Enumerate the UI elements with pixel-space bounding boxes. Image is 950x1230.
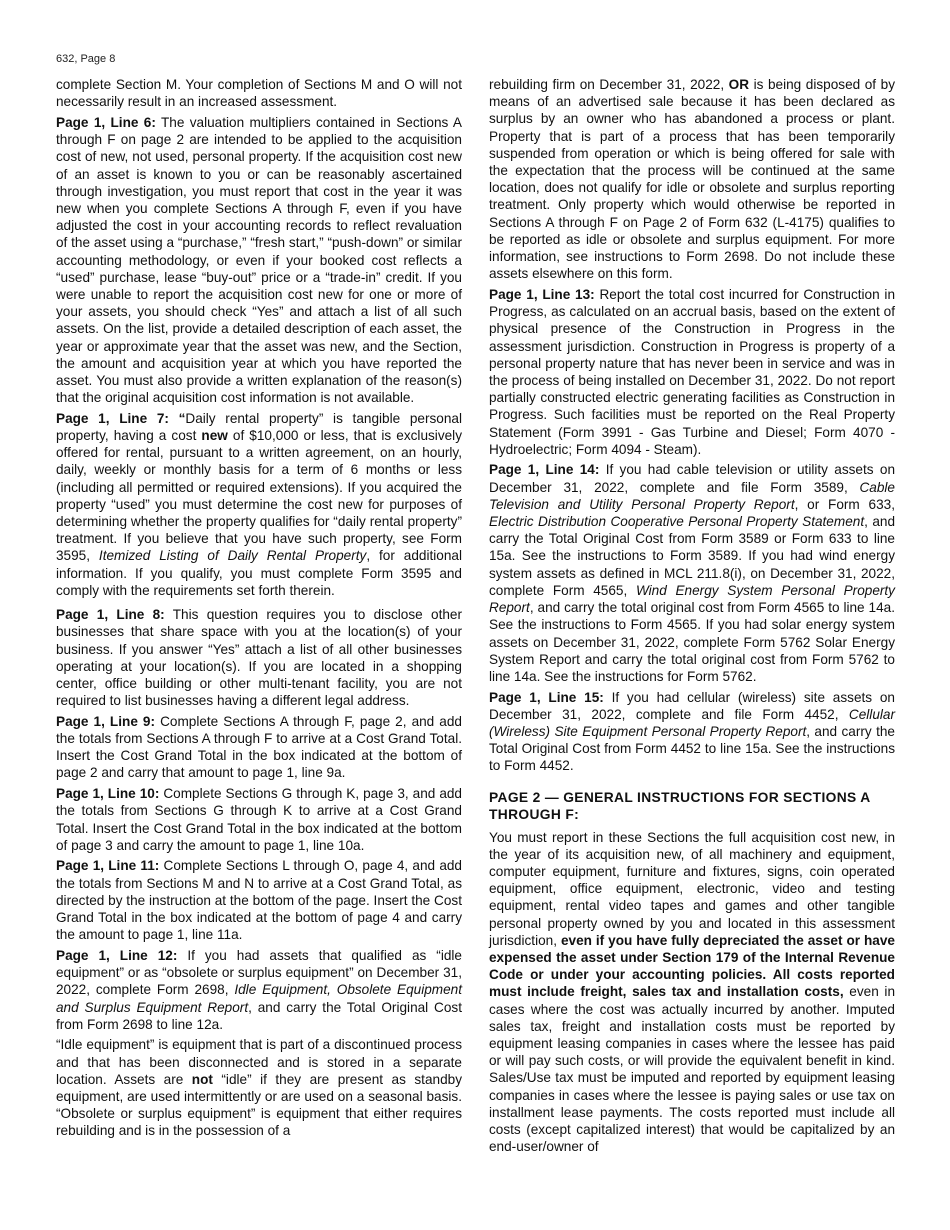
- left-column: complete Section M. Your completion of S…: [56, 76, 462, 1143]
- line-8-paragraph: Page 1, Line 8: This question requires y…: [56, 606, 462, 709]
- line-6-paragraph: Page 1, Line 6: The valuation multiplier…: [56, 114, 462, 406]
- continued-paragraph: complete Section M. Your completion of S…: [56, 76, 462, 110]
- line-11-paragraph: Page 1, Line 11: Complete Sections L thr…: [56, 857, 462, 943]
- section-heading: PAGE 2 — GENERAL INSTRUCTIONS FOR SECTIO…: [489, 789, 895, 823]
- line-7-paragraph: Page 1, Line 7: “Daily rental property” …: [56, 410, 462, 599]
- line-6-label: Page 1, Line 6:: [56, 115, 156, 130]
- right-column: rebuilding firm on December 31, 2022, OR…: [489, 76, 895, 1159]
- general-instructions-paragraph: You must report in these Sections the fu…: [489, 829, 895, 1156]
- form-title-3595: Itemized Listing of Daily Rental Propert…: [99, 548, 366, 563]
- line-14-label: Page 1, Line 14:: [489, 462, 599, 477]
- line-13-paragraph: Page 1, Line 13: Report the total cost i…: [489, 286, 895, 458]
- line-11-label: Page 1, Line 11:: [56, 858, 159, 873]
- line-10-label: Page 1, Line 10:: [56, 786, 159, 801]
- line-10-paragraph: Page 1, Line 10: Complete Sections G thr…: [56, 785, 462, 854]
- line-14-paragraph: Page 1, Line 14: If you had cable televi…: [489, 461, 895, 685]
- line-9-paragraph: Page 1, Line 9: Complete Sections A thro…: [56, 713, 462, 782]
- line-12-label: Page 1, Line 12:: [56, 948, 177, 963]
- idle-continued-paragraph: rebuilding firm on December 31, 2022, OR…: [489, 76, 895, 282]
- line-13-label: Page 1, Line 13:: [489, 287, 595, 302]
- line-9-label: Page 1, Line 9:: [56, 714, 155, 729]
- line-7-label: Page 1, Line 7: “: [56, 411, 185, 426]
- idle-equipment-paragraph: “Idle equipment” is equipment that is pa…: [56, 1036, 462, 1139]
- line-15-paragraph: Page 1, Line 15: If you had cellular (wi…: [489, 689, 895, 775]
- line-15-label: Page 1, Line 15:: [489, 690, 604, 705]
- line-8-label: Page 1, Line 8:: [56, 607, 165, 622]
- line-12-paragraph: Page 1, Line 12: If you had assets that …: [56, 947, 462, 1033]
- page-header: 632, Page 8: [56, 53, 115, 65]
